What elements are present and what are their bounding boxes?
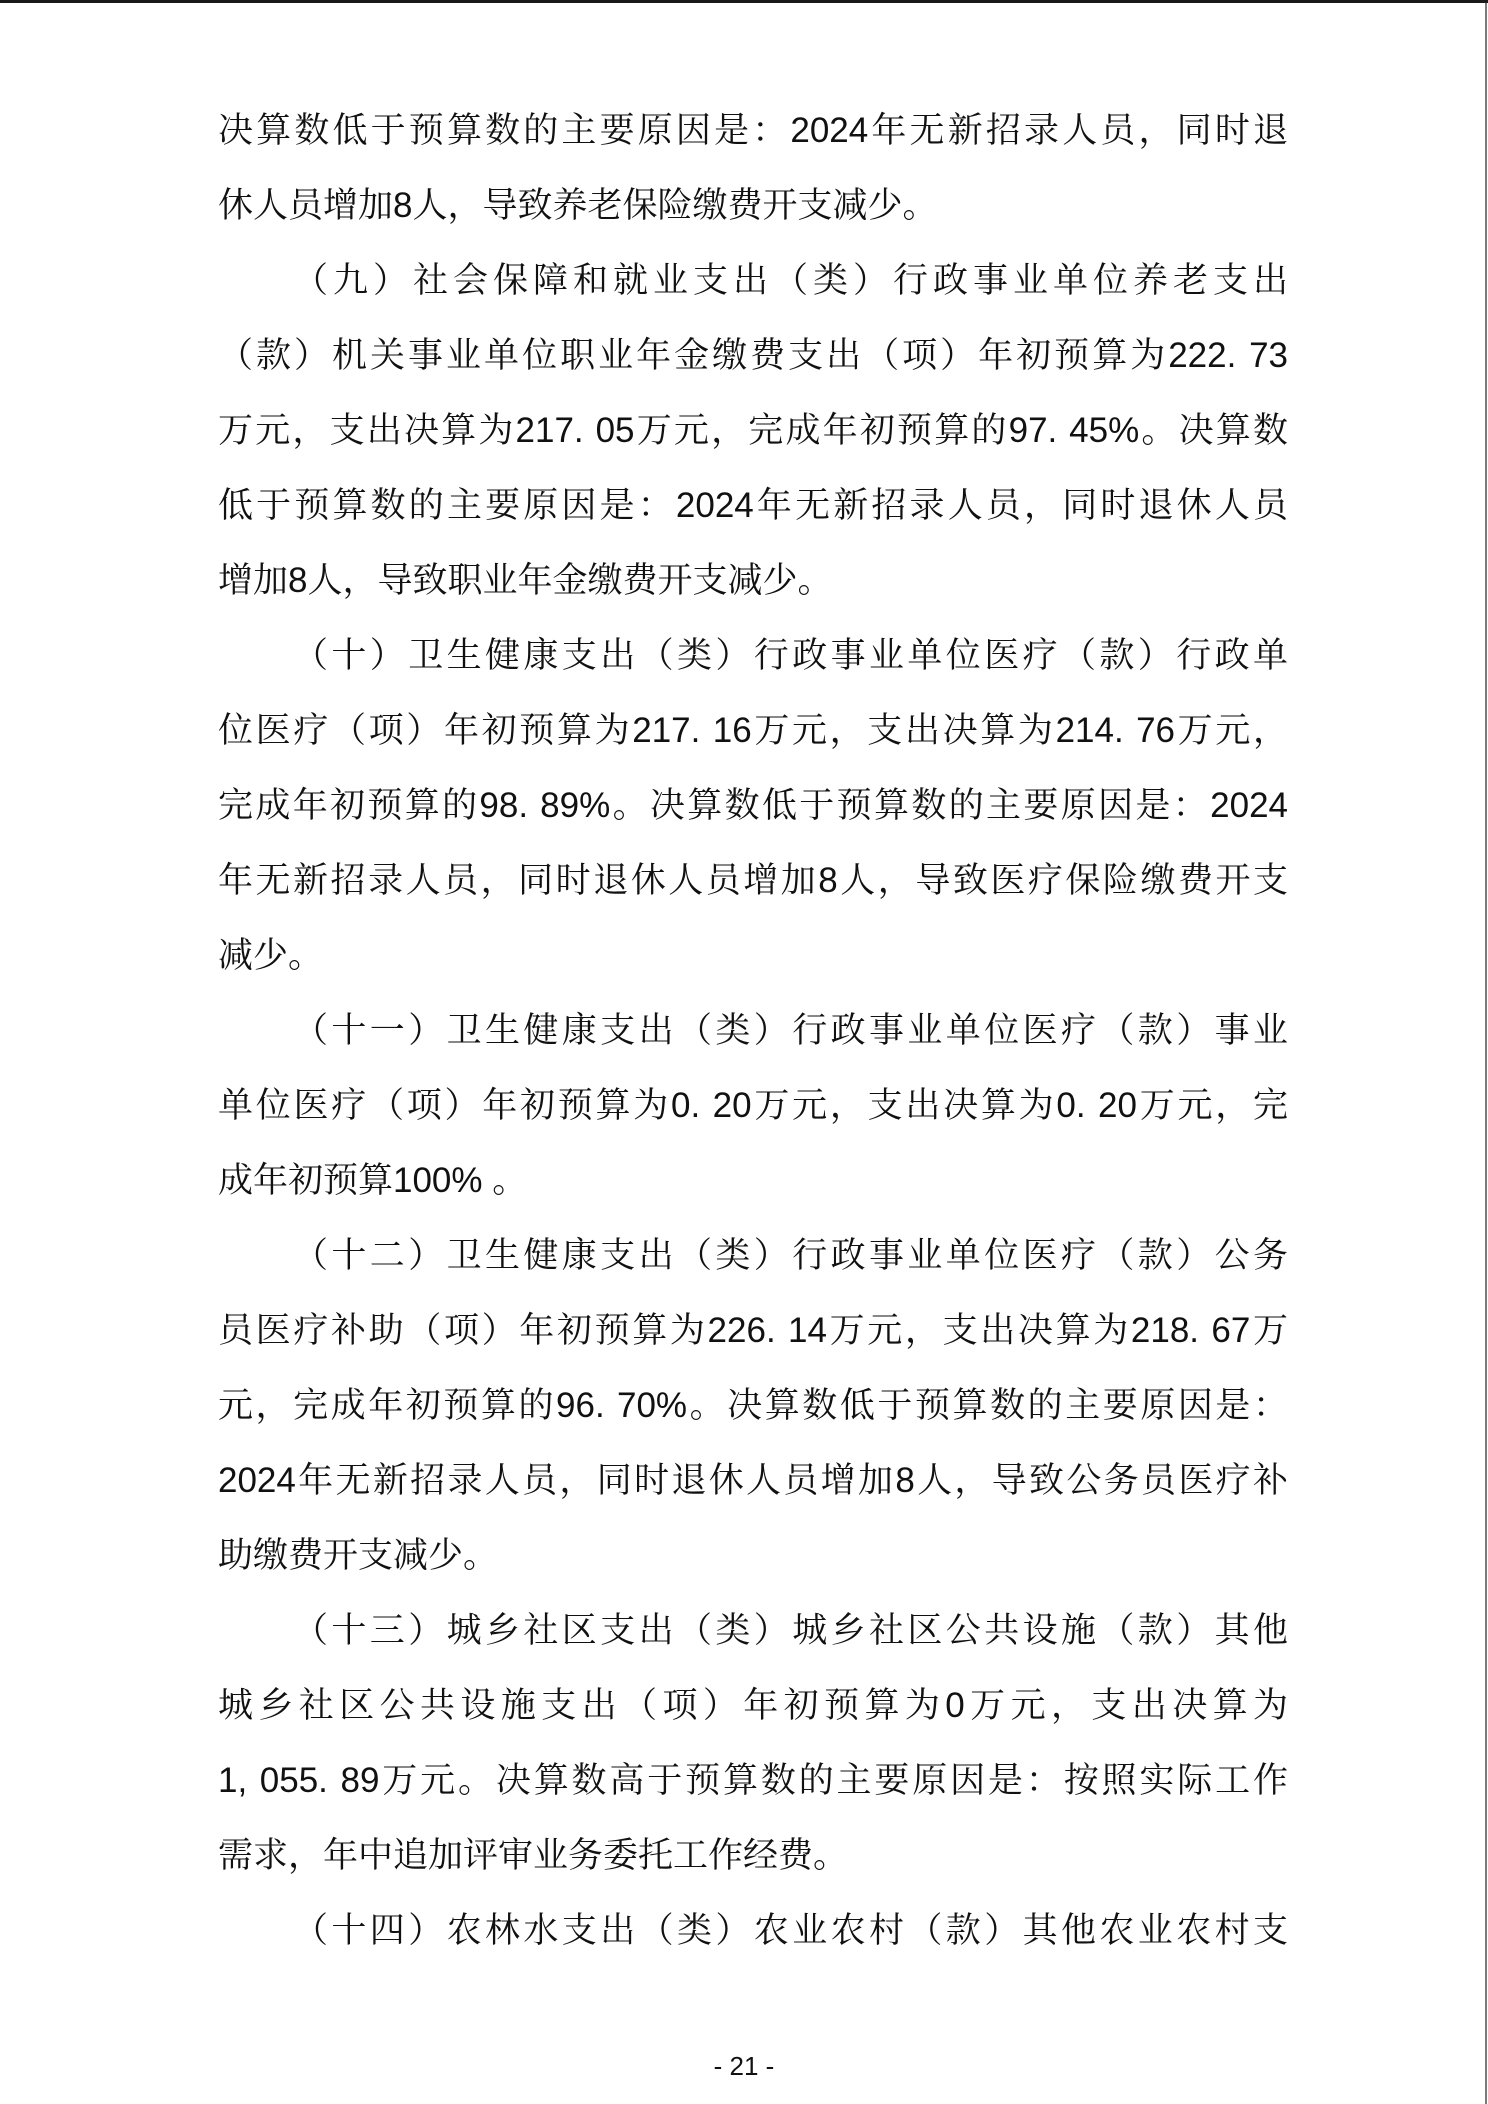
text-line: 年无新招录人员，同时退休人员增加8人，导致医疗保险缴费开支 — [218, 843, 1288, 918]
body-text: 决算数低于预算数的主要原因是：2024年无新招录人员，同时退 休人员增加8人，导… — [218, 93, 1288, 1968]
text-line: 元，完成年初预算的96. 70%。决算数低于预算数的主要原因是： — [218, 1368, 1288, 1443]
page-edge — [1485, 3, 1487, 2104]
text-line: 助缴费开支减少。 — [218, 1518, 1288, 1593]
page-number: - 21 - — [0, 2049, 1488, 2083]
paragraph-heading-9: （九）社会保障和就业支出（类）行政事业单位养老支出 — [218, 243, 1288, 318]
text-line: （款）机关事业单位职业年金缴费支出（项）年初预算为222. 73 — [218, 318, 1288, 393]
text-line: 减少。 — [218, 918, 1288, 993]
text-line: 休人员增加8人，导致养老保险缴费开支减少。 — [218, 168, 1288, 243]
paragraph-heading-11: （十一）卫生健康支出（类）行政事业单位医疗（款）事业 — [218, 993, 1288, 1068]
text-line: 城乡社区公共设施支出（项）年初预算为0万元，支出决算为 — [218, 1668, 1288, 1743]
text-line: 低于预算数的主要原因是：2024年无新招录人员，同时退休人员 — [218, 468, 1288, 543]
paragraph-heading-12: （十二）卫生健康支出（类）行政事业单位医疗（款）公务 — [218, 1218, 1288, 1293]
paragraph-heading-14: （十四）农林水支出（类）农业农村（款）其他农业农村支 — [218, 1893, 1288, 1968]
paragraph-heading-10: （十）卫生健康支出（类）行政事业单位医疗（款）行政单 — [218, 618, 1288, 693]
text-line: 决算数低于预算数的主要原因是：2024年无新招录人员，同时退 — [218, 93, 1288, 168]
text-line: 增加8人，导致职业年金缴费开支减少。 — [218, 543, 1288, 618]
text-line: 需求，年中追加评审业务委托工作经费。 — [218, 1818, 1288, 1893]
text-line: 员医疗补助（项）年初预算为226. 14万元，支出决算为218. 67万 — [218, 1293, 1288, 1368]
text-line: 完成年初预算的98. 89%。决算数低于预算数的主要原因是：2024 — [218, 768, 1288, 843]
text-line: 成年初预算100% 。 — [218, 1143, 1288, 1218]
paragraph-heading-13: （十三）城乡社区支出（类）城乡社区公共设施（款）其他 — [218, 1593, 1288, 1668]
text-line: 万元，支出决算为217. 05万元，完成年初预算的97. 45%。决算数 — [218, 393, 1288, 468]
document-page: 决算数低于预算数的主要原因是：2024年无新招录人员，同时退 休人员增加8人，导… — [0, 0, 1488, 2104]
text-line: 1, 055. 89万元。决算数高于预算数的主要原因是：按照实际工作 — [218, 1743, 1288, 1818]
text-line: 2024年无新招录人员，同时退休人员增加8人，导致公务员医疗补 — [218, 1443, 1288, 1518]
text-line: 单位医疗（项）年初预算为0. 20万元，支出决算为0. 20万元，完 — [218, 1068, 1288, 1143]
text-line: 位医疗（项）年初预算为217. 16万元，支出决算为214. 76万元， — [218, 693, 1288, 768]
